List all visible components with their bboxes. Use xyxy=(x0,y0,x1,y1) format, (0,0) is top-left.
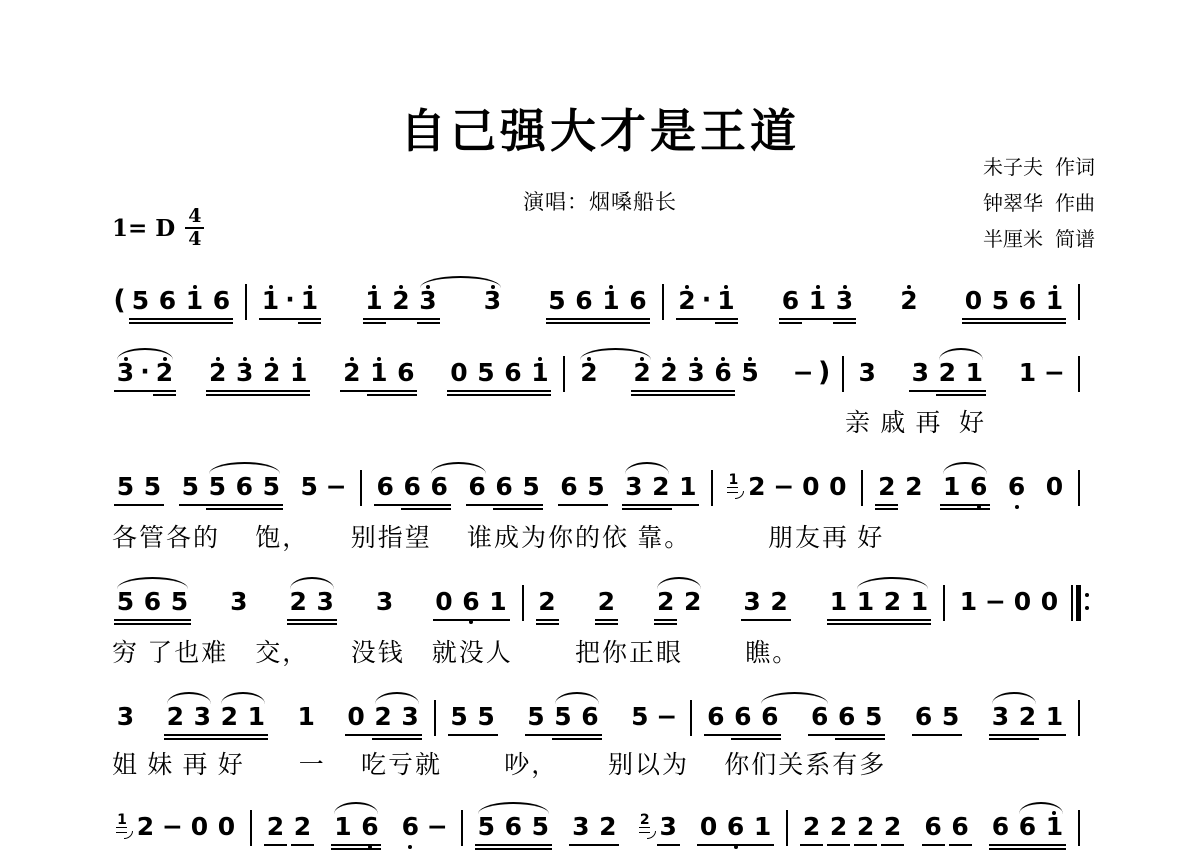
spacer xyxy=(881,358,907,388)
barline xyxy=(1078,470,1080,506)
spacer xyxy=(964,702,987,732)
note: 2 xyxy=(768,587,791,617)
beam-underline xyxy=(363,322,386,324)
beam-underline xyxy=(129,318,233,320)
note: 0 xyxy=(697,812,720,842)
note: 5 xyxy=(585,472,608,502)
credit-composer: 钟翠华作曲 xyxy=(983,186,1095,222)
beam-underline xyxy=(367,394,417,396)
note: 3 xyxy=(622,472,645,502)
score-line-2: 3·223212160561222365−)33211− xyxy=(112,358,1090,392)
beam-underline xyxy=(298,322,321,324)
spacer xyxy=(252,587,284,617)
note: 6 xyxy=(358,812,381,842)
barline xyxy=(662,284,664,320)
slur-arc xyxy=(761,692,828,704)
beam-underline xyxy=(447,390,551,392)
slur-arc xyxy=(943,462,987,474)
beam-underline xyxy=(287,623,337,625)
beam-underline xyxy=(179,504,283,506)
note: 6 xyxy=(967,472,990,502)
beam-underline xyxy=(206,390,310,392)
note: 3 xyxy=(191,702,214,732)
note: 2 xyxy=(536,587,559,617)
beam-underline xyxy=(264,844,287,846)
beam-underline xyxy=(631,394,735,396)
beam-underline xyxy=(779,318,856,320)
note: 2 xyxy=(1016,702,1039,732)
slur-arc xyxy=(117,348,173,360)
grace-note: 2 xyxy=(637,812,653,842)
beam-underline xyxy=(114,504,164,506)
spacer xyxy=(545,472,556,502)
note: 1 xyxy=(963,358,986,388)
barline xyxy=(250,810,252,846)
slur-arc xyxy=(580,348,651,360)
beam-underline xyxy=(536,619,559,621)
dash: − xyxy=(161,812,184,842)
note: 5 xyxy=(114,587,137,617)
note: 2 xyxy=(291,812,314,842)
note: 2 xyxy=(164,702,187,732)
dash: − xyxy=(1043,358,1066,388)
spacer xyxy=(285,472,296,502)
score-line-3: 5555655−6666656532112−00221660 xyxy=(112,472,1090,506)
beam-underline xyxy=(291,844,314,846)
note: 1 xyxy=(908,587,931,617)
note: 1 xyxy=(1016,358,1039,388)
spacer xyxy=(398,587,430,617)
note: 6 xyxy=(912,702,935,732)
note: 3 xyxy=(233,358,256,388)
spacer xyxy=(610,472,621,502)
note: 5 xyxy=(475,702,498,732)
note: 2 xyxy=(287,587,310,617)
note: 1 xyxy=(487,587,510,617)
dash: − xyxy=(426,812,449,842)
note: 3 xyxy=(114,702,137,732)
spacer xyxy=(178,358,204,388)
note: 2 xyxy=(681,587,704,617)
note: 1 xyxy=(183,286,206,316)
note: 5 xyxy=(114,472,137,502)
spacer xyxy=(316,812,329,842)
spacer xyxy=(139,702,162,732)
beam-underline xyxy=(654,623,677,625)
lyrics-line-2: 各管各的 饱， 别指望 谁成为你的依 靠。 朋友再 好 xyxy=(112,518,884,554)
note: 1 xyxy=(331,812,354,842)
note: 2 xyxy=(264,812,287,842)
note: 2 xyxy=(936,358,959,388)
spacer xyxy=(602,358,628,388)
note: 0 xyxy=(1043,472,1066,502)
barline xyxy=(943,585,945,621)
beam-underline xyxy=(546,318,650,320)
beam-underline xyxy=(631,390,735,392)
note: 0 xyxy=(1038,587,1061,617)
score-line-4: 565323306122223211211−00 xyxy=(112,587,1090,621)
spacer xyxy=(561,587,593,617)
note: 2 xyxy=(658,358,681,388)
note: 3 xyxy=(741,587,764,617)
note: 1 xyxy=(676,472,699,502)
slur-arc xyxy=(478,802,549,814)
note: 5 xyxy=(474,358,497,388)
note: 2 xyxy=(654,587,677,617)
spacer xyxy=(682,812,695,842)
note: 5 xyxy=(939,702,962,732)
beam-underline xyxy=(854,844,877,846)
note: 2 xyxy=(827,812,850,842)
barline xyxy=(563,356,565,392)
note: 3 xyxy=(417,286,440,316)
slur-arc xyxy=(857,577,928,589)
note: 6 xyxy=(808,702,831,732)
note: 2 xyxy=(631,358,654,388)
beam-underline xyxy=(164,734,268,736)
note: 5 xyxy=(129,286,152,316)
note: 5 xyxy=(989,286,1012,316)
note: 5 xyxy=(739,358,762,388)
beam-underline xyxy=(552,738,602,740)
spacer xyxy=(764,358,790,388)
credit-name: 半厘米 xyxy=(983,222,1043,258)
note: 5 xyxy=(448,702,471,732)
note: 6 xyxy=(558,472,581,502)
spacer xyxy=(923,286,961,316)
spacer xyxy=(323,286,361,316)
spacer xyxy=(442,286,480,316)
note: 2 xyxy=(390,286,413,316)
note: 0 xyxy=(215,812,238,842)
note: 2 xyxy=(898,286,921,316)
credit-lyricist: 未子夫作词 xyxy=(983,150,1095,186)
credit-role: 作曲 xyxy=(1055,186,1095,222)
note: 5 xyxy=(168,587,191,617)
note: 6 xyxy=(949,812,972,842)
note: 6 xyxy=(428,472,451,502)
beam-underline xyxy=(372,738,422,740)
note: 3 xyxy=(399,702,422,732)
beam-underline xyxy=(704,734,781,736)
beam-underline xyxy=(715,322,738,324)
beam-underline xyxy=(466,504,543,506)
note: 1 xyxy=(957,587,980,617)
barline xyxy=(245,284,247,320)
note: 2 xyxy=(260,358,283,388)
spacer xyxy=(193,587,225,617)
beam-underline xyxy=(374,504,451,506)
slur-arc xyxy=(117,577,188,589)
note: 2 xyxy=(875,472,898,502)
spacer xyxy=(887,702,910,732)
note: 6 xyxy=(704,702,727,732)
credit-transcriber: 半厘米简谱 xyxy=(983,222,1095,258)
sheet-music-page: 自己强大才是王道 演唱：烟嗓船长 未子夫作词 钟翠华作曲 半厘米简谱 1= D … xyxy=(0,0,1200,850)
note: 5 xyxy=(862,702,885,732)
note: 6 xyxy=(573,286,596,316)
note: 6 xyxy=(579,702,602,732)
note: 1 xyxy=(1043,812,1066,842)
barline xyxy=(1078,700,1080,736)
note: 5 xyxy=(628,702,651,732)
beam-underline xyxy=(114,390,176,392)
note: 2 xyxy=(745,472,768,502)
beam-underline xyxy=(912,734,962,736)
slur-arc xyxy=(657,577,701,589)
spacer xyxy=(906,812,919,842)
slur-arc xyxy=(167,692,211,704)
credits-block: 未子夫作词 钟翠华作曲 半厘米简谱 xyxy=(983,150,1095,258)
note: 2 xyxy=(800,812,823,842)
note: 0 xyxy=(962,286,985,316)
spacer xyxy=(783,702,806,732)
beam-underline xyxy=(259,318,321,320)
spacer xyxy=(339,587,371,617)
spacer xyxy=(793,587,825,617)
beam-underline xyxy=(206,508,283,510)
grace-note: 1 xyxy=(725,472,741,502)
spacer xyxy=(604,702,627,732)
note: 2 xyxy=(340,358,363,388)
barline xyxy=(522,585,524,621)
note: 2 xyxy=(206,358,229,388)
slur-arc xyxy=(992,692,1036,704)
note: 5 xyxy=(298,472,321,502)
beam-underline xyxy=(827,623,931,625)
beam-underline xyxy=(340,390,417,392)
beam-underline xyxy=(595,623,618,625)
credit-name: 未子夫 xyxy=(983,150,1043,186)
note: 3 xyxy=(114,358,137,388)
key-signature: 1= D 4 4 xyxy=(112,207,204,249)
beam-underline xyxy=(622,508,672,510)
note: 6 xyxy=(501,358,524,388)
spacer xyxy=(312,358,338,388)
beam-underline xyxy=(833,322,856,324)
barline xyxy=(434,700,436,736)
repeat-sign xyxy=(1071,585,1090,621)
beam-underline xyxy=(114,619,191,621)
augmentation-dot: · xyxy=(284,286,296,316)
credit-name: 钟翠华 xyxy=(983,186,1043,222)
note: 0 xyxy=(826,472,849,502)
note: 0 xyxy=(1011,587,1034,617)
note: 5 xyxy=(525,702,548,732)
note: 3 xyxy=(909,358,932,388)
beam-underline xyxy=(800,844,823,846)
spacer xyxy=(988,358,1014,388)
note: 5 xyxy=(206,472,229,502)
note: 6 xyxy=(141,587,164,617)
note: 5 xyxy=(179,472,202,502)
augmentation-dot: · xyxy=(139,358,151,388)
slur-arc xyxy=(209,462,280,474)
beam-underline xyxy=(922,844,945,846)
note: 2 xyxy=(676,286,699,316)
note: 6 xyxy=(460,587,483,617)
spacer xyxy=(706,587,738,617)
credit-role: 作词 xyxy=(1055,150,1095,186)
beam-underline xyxy=(808,734,885,736)
beam-underline xyxy=(940,504,990,506)
barline xyxy=(360,470,362,506)
note: 1 xyxy=(363,286,386,316)
note: 6 xyxy=(835,702,858,732)
beam-underline xyxy=(657,844,680,846)
note: 1 xyxy=(1043,702,1066,732)
beam-underline xyxy=(835,738,885,740)
note: 2 xyxy=(595,587,618,617)
note: 3 xyxy=(989,702,1012,732)
note: 5 xyxy=(141,472,164,502)
beam-underline xyxy=(940,508,990,510)
score-line-6: 12−0022166−5653223061222266661 xyxy=(112,812,1090,846)
time-signature: 4 4 xyxy=(185,207,204,249)
beam-underline xyxy=(595,619,618,621)
barline xyxy=(861,470,863,506)
note: 5 xyxy=(520,472,543,502)
barline xyxy=(842,356,844,392)
beam-underline xyxy=(731,738,781,740)
beam-underline xyxy=(447,394,551,396)
barline xyxy=(786,810,788,846)
note: 5 xyxy=(475,812,498,842)
note: 6 xyxy=(922,812,945,842)
spacer xyxy=(419,358,445,388)
note: 1 xyxy=(528,358,551,388)
spacer xyxy=(927,472,938,502)
note: 3 xyxy=(227,587,250,617)
slur-arc xyxy=(221,692,265,704)
dash: − xyxy=(655,702,678,732)
beam-underline xyxy=(558,504,608,506)
grace-note: 1 xyxy=(114,812,130,842)
note: 2 xyxy=(577,358,600,388)
beam-underline xyxy=(989,844,1066,846)
repeat-bar xyxy=(1071,585,1073,621)
spacer xyxy=(620,587,652,617)
slur-arc xyxy=(334,802,378,814)
note: 3 xyxy=(569,812,592,842)
slur-arc xyxy=(431,462,486,474)
note: 1 xyxy=(298,286,321,316)
note: 1 xyxy=(367,358,390,388)
beam-underline xyxy=(206,394,310,396)
note: 6 xyxy=(731,702,754,732)
beam-underline xyxy=(114,623,191,625)
slur-arc xyxy=(555,692,599,704)
note: 6 xyxy=(627,286,650,316)
note: 3 xyxy=(481,286,504,316)
spacer xyxy=(740,286,778,316)
beam-underline xyxy=(129,322,233,324)
note: 0 xyxy=(345,702,368,732)
note: 6 xyxy=(210,286,233,316)
barline xyxy=(711,470,713,506)
credit-role: 简谱 xyxy=(1055,222,1095,258)
note: 6 xyxy=(779,286,802,316)
beam-underline xyxy=(525,734,602,736)
note: 1 xyxy=(806,286,829,316)
repeat-dots xyxy=(1084,585,1090,621)
spacer xyxy=(320,702,343,732)
note: 6 xyxy=(724,812,747,842)
lyrics-line-3: 穷 了也难 交， 没钱 就没人 把你正眼 瞧。 xyxy=(112,633,799,669)
spacer xyxy=(506,286,544,316)
note: 1 xyxy=(715,286,738,316)
note: 6 xyxy=(1016,812,1039,842)
parenthesis: ( xyxy=(112,286,127,316)
note: 6 xyxy=(712,358,735,388)
note: 1 xyxy=(854,587,877,617)
note: 0 xyxy=(188,812,211,842)
spacer xyxy=(383,812,396,842)
note: 6 xyxy=(502,812,525,842)
spacer xyxy=(1030,472,1041,502)
augmentation-dot: · xyxy=(701,286,713,316)
beam-underline xyxy=(989,734,1066,736)
note: 3 xyxy=(856,358,879,388)
beam-underline xyxy=(433,619,510,621)
dash: − xyxy=(792,358,815,388)
lyrics-line-1: 亲 戚 再 好 xyxy=(845,403,986,439)
note: 6 xyxy=(156,286,179,316)
dash: − xyxy=(325,472,348,502)
note: 2 xyxy=(881,812,904,842)
note: 5 xyxy=(260,472,283,502)
beam-underline xyxy=(164,738,268,740)
beam-underline xyxy=(448,734,498,736)
note: 1 xyxy=(751,812,774,842)
note: 5 xyxy=(529,812,552,842)
barline xyxy=(1078,284,1080,320)
beam-underline xyxy=(827,844,850,846)
meter-denominator: 4 xyxy=(188,229,201,249)
spacer xyxy=(270,702,293,732)
beam-underline xyxy=(936,394,986,396)
note: 6 xyxy=(233,472,256,502)
lyrics-line-4: 姐 妹 再 好 一 吃亏就 吵， 别以为 你们关系有多 xyxy=(112,745,886,781)
note: 1 xyxy=(295,702,318,732)
beam-underline xyxy=(909,390,986,392)
note: 2 xyxy=(153,358,176,388)
beam-underline xyxy=(676,318,738,320)
note: 6 xyxy=(374,472,397,502)
key-label: 1= D xyxy=(112,215,175,242)
dash: − xyxy=(984,587,1007,617)
slur-arc xyxy=(1019,802,1063,814)
note: 1 xyxy=(940,472,963,502)
note: 1 xyxy=(259,286,282,316)
beam-underline xyxy=(331,844,381,846)
note: 2 xyxy=(649,472,672,502)
beam-underline xyxy=(741,619,791,621)
barline xyxy=(1078,810,1080,846)
note: 0 xyxy=(433,587,456,617)
beam-underline xyxy=(875,508,898,510)
beam-underline xyxy=(493,508,543,510)
beam-underline xyxy=(654,619,677,621)
beam-underline xyxy=(417,322,440,324)
beam-underline xyxy=(401,508,451,510)
note: 3 xyxy=(833,286,856,316)
barline xyxy=(690,700,692,736)
beam-underline xyxy=(345,734,422,736)
note: 2 xyxy=(218,702,241,732)
note: 2 xyxy=(881,587,904,617)
slur-arc xyxy=(625,462,669,474)
